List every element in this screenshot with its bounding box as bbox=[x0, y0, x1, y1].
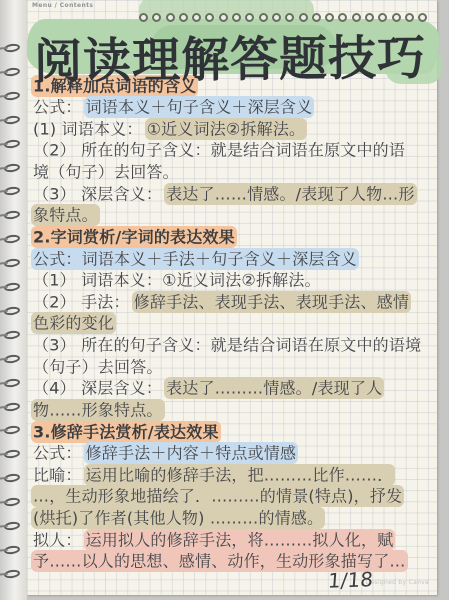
spiral-coil bbox=[4, 401, 21, 411]
note-line: 物……形象特点。 bbox=[31, 399, 436, 421]
note-line: （2） 手法：修辞手法、表现手法、表现手法、感情 bbox=[31, 291, 436, 313]
text-segment: 2.字词赏析/字词的表达效果 bbox=[31, 226, 237, 248]
text-segment: 表达了………情感。/表现了人 bbox=[164, 377, 384, 399]
note-line: （1） 词语本义：①近义词法②拆解法。 bbox=[31, 270, 436, 292]
spiral-coil bbox=[4, 186, 21, 196]
note-line: （3） 深层含义：表达了……情感。/表现了人物…形 bbox=[31, 183, 436, 205]
spiral-coil bbox=[4, 210, 21, 220]
note-line: 公式：修辞手法＋内容＋特点或情感 bbox=[31, 443, 436, 465]
text-segment: 词语本义＋句子含义＋深层含义 bbox=[84, 96, 315, 118]
text-segment: 公式： bbox=[31, 96, 84, 118]
spiral-coil bbox=[4, 449, 21, 459]
note-line: 比喻：运用比喻的修辞手法，把………比作……． bbox=[31, 464, 436, 486]
text-segment: （句子）去回答。 bbox=[31, 356, 165, 378]
text-segment: 公式： bbox=[31, 442, 84, 464]
spiral-coil bbox=[4, 282, 21, 292]
page-title: 阅读理解答题技巧 bbox=[34, 19, 427, 92]
ring-decoration bbox=[139, 13, 148, 22]
spiral-coil bbox=[4, 569, 21, 579]
text-segment: （3） 所在的句子含义：就是结合词语在原文中的语境 bbox=[31, 334, 423, 356]
spiral-coil bbox=[4, 162, 21, 172]
text-segment: （4） 深层含义： bbox=[31, 377, 164, 399]
text-segment: 物……形象特点。 bbox=[31, 399, 165, 421]
spiral-coil bbox=[4, 115, 21, 125]
text-segment: （2） 手法： bbox=[31, 291, 132, 313]
section-heading-line: 2.字词赏析/字词的表达效果 bbox=[31, 226, 436, 248]
text-segment: …，生动形象地描绘了．………的情景(特点)，抒发 bbox=[31, 485, 404, 507]
note-line: 色彩的变化 bbox=[31, 313, 436, 335]
spiral-coil bbox=[4, 234, 21, 244]
note-line: 公式：词语本义＋手法＋句子含义＋深层含义 bbox=[31, 248, 436, 270]
note-line: 予……以人的思想、感情、动作，生动形象描写了… bbox=[31, 551, 436, 573]
notebook-page: Menu / Contents 阅读理解答题技巧 1.解释加点词语的含义公式：词… bbox=[27, 0, 437, 595]
section-heading-line: 3.修辞手法赏析/表达效果 bbox=[31, 421, 436, 443]
text-segment: 修辞手法＋内容＋特点或情感 bbox=[84, 442, 299, 464]
spiral-binding bbox=[0, 0, 27, 600]
spiral-coil bbox=[4, 545, 21, 555]
text-segment: 3.修辞手法赏析/表达效果 bbox=[31, 421, 221, 443]
watermark-text: Designed by Canva bbox=[366, 579, 429, 586]
note-line: (烘托)了作者(其他人物) ………的情感。 bbox=[31, 508, 436, 530]
spiral-coil bbox=[4, 330, 21, 340]
spiral-coil bbox=[4, 521, 21, 531]
note-line: （句子）去回答。 bbox=[31, 356, 436, 378]
note-line: （4） 深层含义：表达了………情感。/表现了人 bbox=[31, 378, 436, 400]
text-segment: 运用拟人的修辞手法，将………拟人化，赋 bbox=[84, 529, 396, 551]
text-segment: 修辞手法、表现手法、表现手法、感情 bbox=[132, 291, 411, 313]
note-line: 境（句子）去回答。 bbox=[31, 162, 436, 184]
text-segment: 运用比喻的修辞手法，把………比作……． bbox=[84, 464, 396, 486]
title-block: 阅读理解答题技巧 bbox=[27, 0, 437, 86]
spiral-coil bbox=[4, 91, 21, 101]
text-segment: 境（句子）去回答。 bbox=[31, 161, 181, 183]
note-line: (1) 词语本义：①近义词法②拆解法。 bbox=[31, 118, 436, 140]
spiral-coil bbox=[4, 139, 21, 149]
note-line: （3） 所在的句子含义：就是结合词语在原文中的语境 bbox=[31, 335, 436, 357]
spiral-coil bbox=[4, 378, 21, 388]
spiral-coil bbox=[4, 497, 21, 507]
text-segment: (1) 词语本义： bbox=[31, 118, 145, 140]
note-line: 象特点。 bbox=[31, 205, 436, 227]
text-segment: （3） 深层含义： bbox=[31, 183, 164, 205]
note-lines: 1.解释加点词语的含义公式：词语本义＋句子含义＋深层含义(1) 词语本义：①近义… bbox=[31, 75, 436, 572]
page-number: 1/18 bbox=[327, 567, 374, 593]
note-line: 公式：词语本义＋句子含义＋深层含义 bbox=[31, 97, 436, 119]
text-segment: ①近义词法②拆解法。 bbox=[145, 118, 308, 140]
spiral-coil bbox=[4, 306, 21, 316]
text-segment: （1） 词语本义：①近义词法②拆解法。 bbox=[31, 269, 323, 291]
text-segment: 表达了……情感。/表现了人物…形 bbox=[164, 183, 417, 205]
notebook-photo: Menu / Contents 阅读理解答题技巧 1.解释加点词语的含义公式：词… bbox=[0, 0, 449, 600]
text-segment: （2） 所在的句子含义：就是结合词语在原文中的语 bbox=[31, 139, 407, 161]
note-line: 拟人：运用拟人的修辞手法，将………拟人化，赋 bbox=[31, 529, 436, 551]
text-segment: 比喻： bbox=[31, 464, 84, 486]
text-segment: 公式：词语本义＋手法＋句子含义＋深层含义 bbox=[31, 248, 359, 270]
text-segment: 拟人： bbox=[31, 529, 84, 551]
text-segment: 色彩的变化 bbox=[31, 312, 116, 334]
note-line: …，生动形象地描绘了．………的情景(特点)，抒发 bbox=[31, 486, 436, 508]
spiral-coil bbox=[4, 425, 21, 435]
note-line: （2） 所在的句子含义：就是结合词语在原文中的语 bbox=[31, 140, 436, 162]
spiral-coil bbox=[4, 473, 21, 483]
text-segment: 象特点。 bbox=[31, 204, 100, 226]
spiral-coil bbox=[4, 43, 21, 53]
spiral-coil bbox=[4, 354, 21, 364]
text-segment: (烘托)了作者(其他人物) ………的情感。 bbox=[31, 507, 325, 529]
ring-decoration bbox=[152, 13, 161, 22]
spiral-coil bbox=[4, 258, 21, 268]
spiral-coil bbox=[4, 67, 21, 77]
